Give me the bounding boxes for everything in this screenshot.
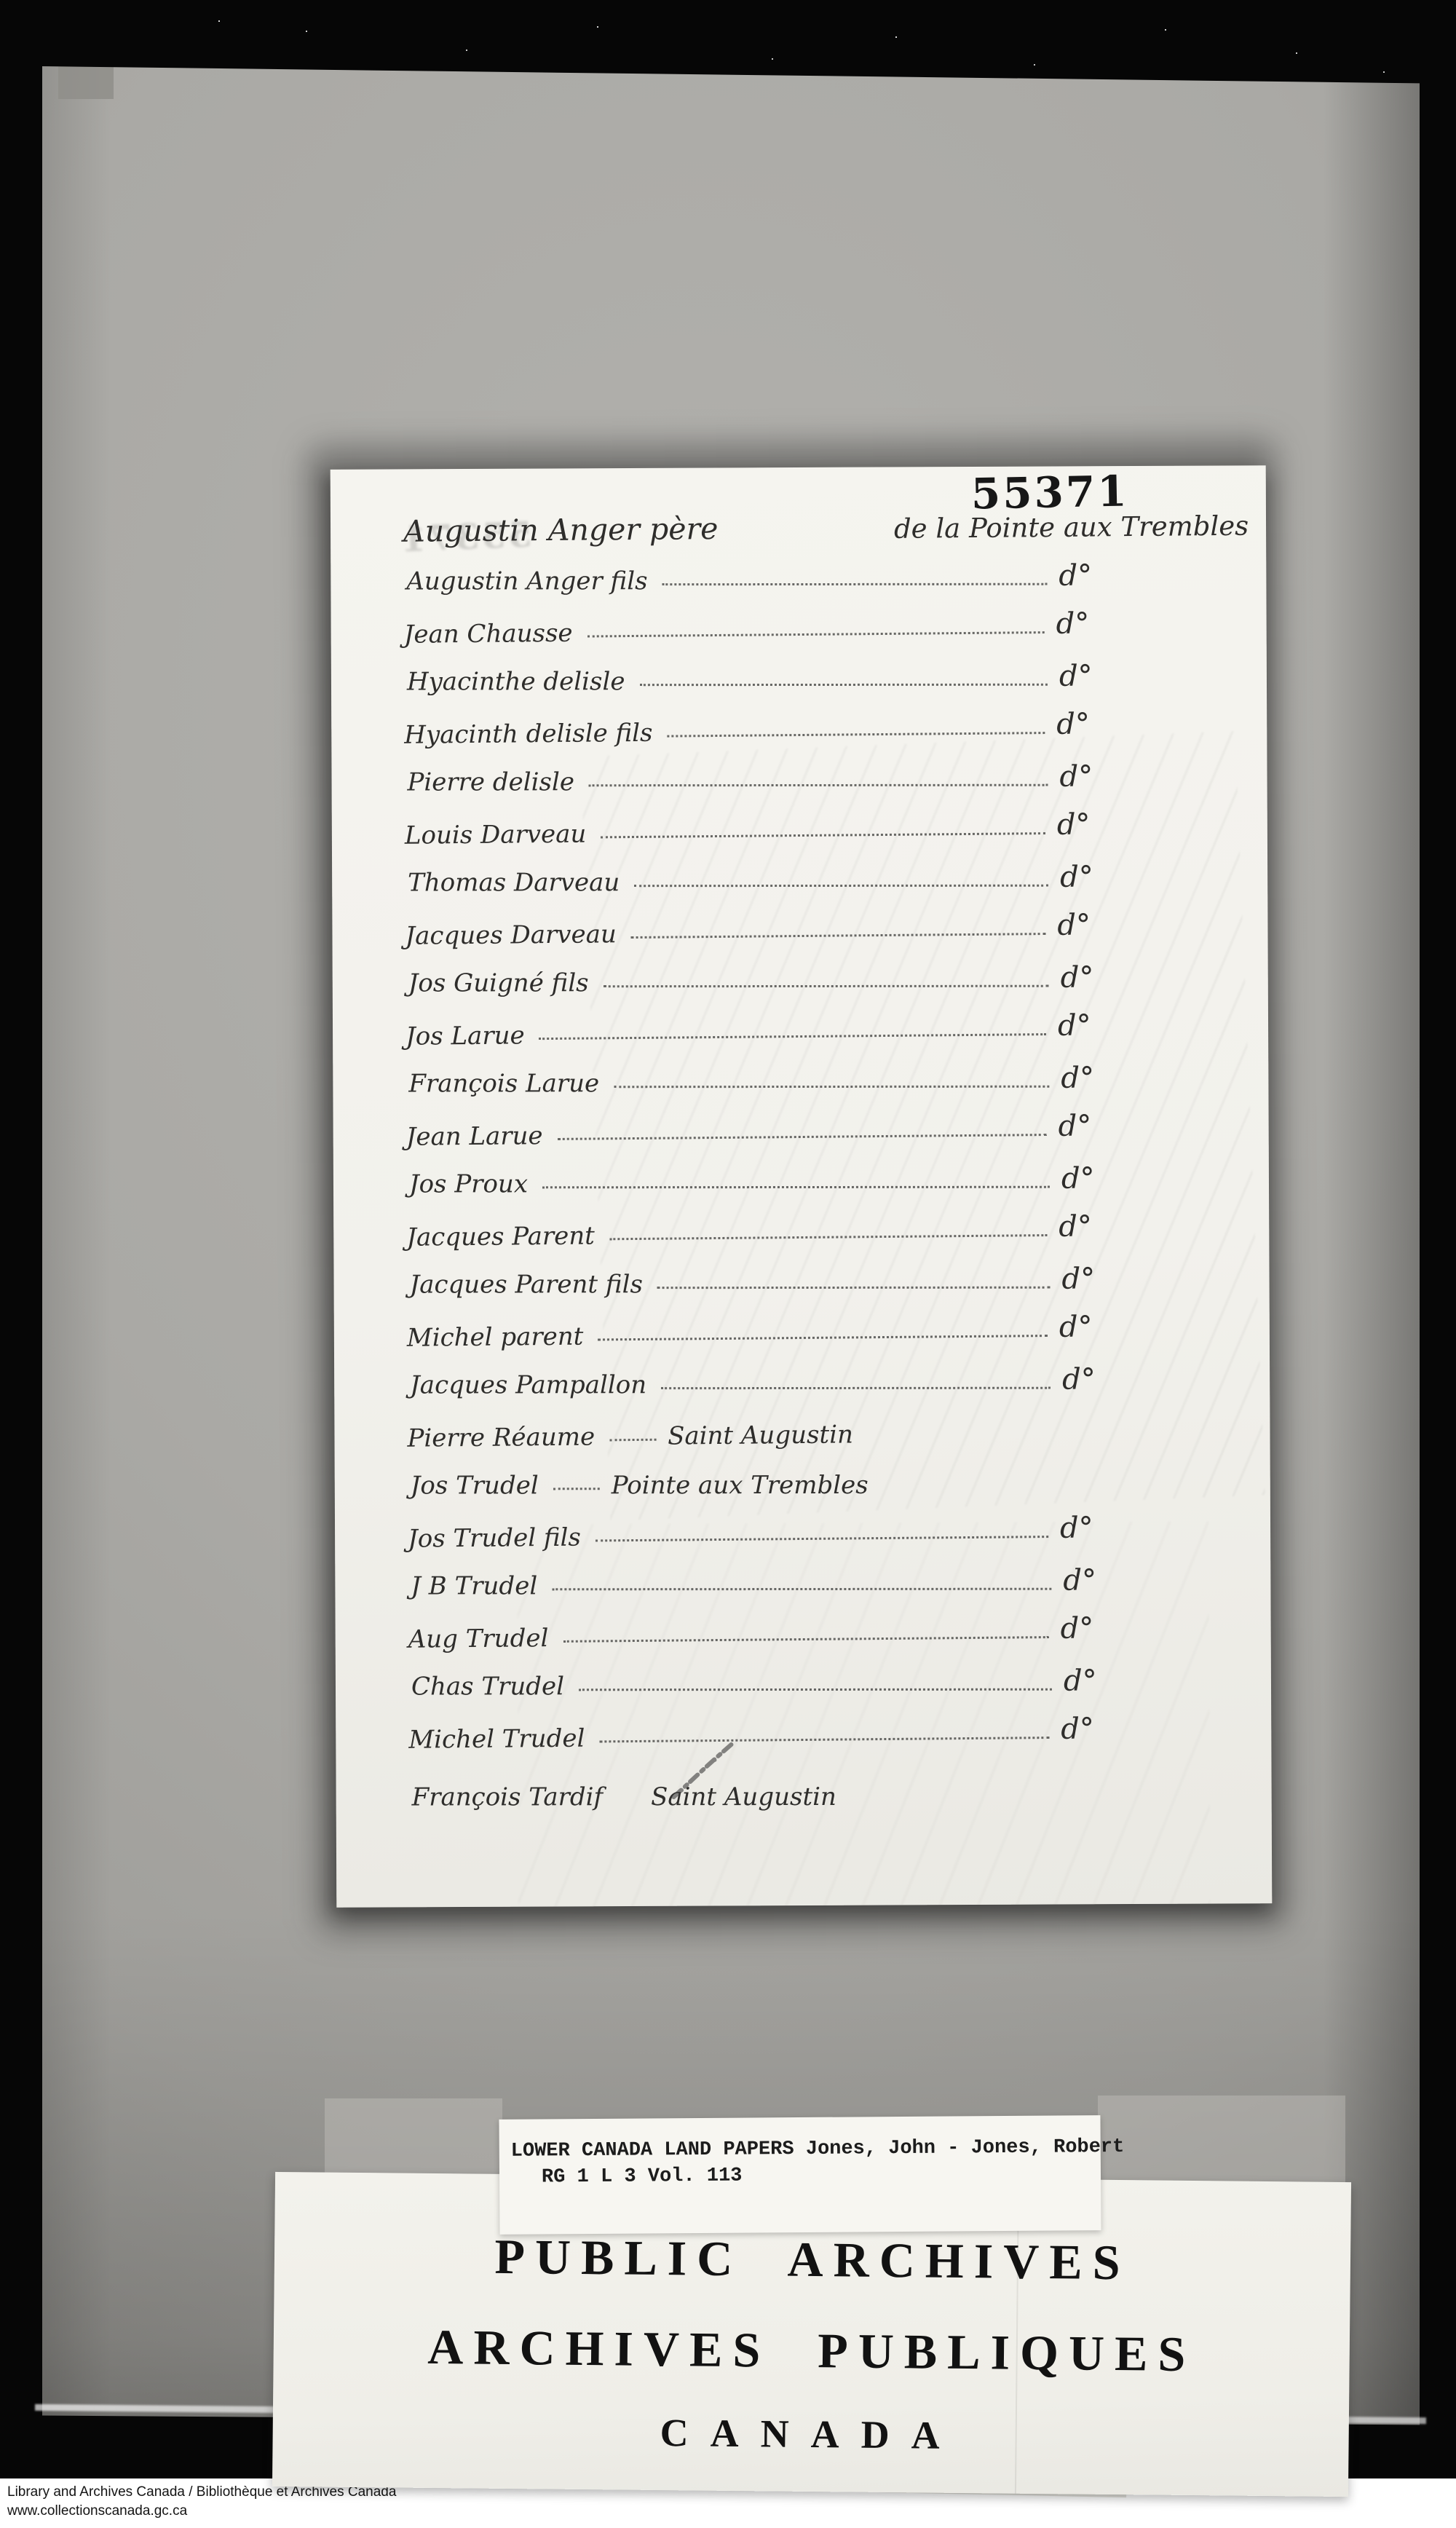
ink-smudge-mark <box>662 1731 756 1806</box>
register-entry-row: Jos Trudel filsd° <box>335 1499 1271 1557</box>
name-register-list: Augustin Anger pèrede la Pointe aux Trem… <box>331 484 1272 1817</box>
dotted-leader <box>661 1387 1051 1389</box>
entry-name: Hyacinthe delisle <box>407 669 625 694</box>
entry-name: François Larue <box>408 1071 599 1096</box>
register-entry-row: Hyacinth delisle filsd° <box>331 695 1267 754</box>
ditto-mark: d° <box>1058 1111 1112 1141</box>
ditto-mark: d° <box>1062 1365 1116 1394</box>
handwritten-document-page: 55371 Augustin Anger pèrede la Pointe au… <box>331 465 1273 1908</box>
dotted-leader <box>539 1033 1047 1040</box>
dotted-leader <box>668 732 1045 738</box>
ditto-mark: d° <box>1060 762 1114 791</box>
entry-name: Jos Guigné fils <box>408 971 589 995</box>
dotted-leader <box>657 1287 1051 1289</box>
photographed-grey-sheet: 55371 Augustin Anger pèrede la Pointe au… <box>42 66 1420 2430</box>
register-entry-row: Jacques Darveaud° <box>332 896 1268 955</box>
register-entry-row: J B Trudeld° <box>338 1553 1272 1604</box>
dotted-leader <box>589 784 1048 787</box>
entry-name: Jos Larue <box>405 1023 525 1048</box>
entry-name: Hyacinth delisle fils <box>404 721 652 748</box>
dotted-leader <box>662 583 1048 585</box>
ditto-mark: d° <box>1056 609 1109 639</box>
entry-name: Thomas Darveau <box>408 870 620 895</box>
footer-website-url: www.collectionscanada.gc.ca <box>7 2503 187 2519</box>
ditto-mark: d° <box>1061 1714 1115 1744</box>
card-title-english: PUBLIC ARCHIVES <box>274 2226 1351 2294</box>
dotted-leader <box>558 1134 1047 1140</box>
entry-name: Louis Darveau <box>405 822 587 848</box>
dotted-leader <box>579 1688 1052 1691</box>
ditto-mark: d° <box>1060 863 1114 892</box>
register-entry-row: Pierre delisled° <box>335 749 1270 800</box>
dotted-leader <box>639 684 1047 686</box>
register-entry-row: Jos Guigné filsd° <box>336 950 1271 1001</box>
ditto-mark: d° <box>1060 1613 1114 1643</box>
ditto-mark: d° <box>1061 1064 1115 1093</box>
dotted-leader <box>609 1234 1047 1240</box>
ditto-mark: d° <box>1056 709 1110 739</box>
card-title-canada: CANADA <box>272 2406 1349 2462</box>
entry-name: Augustin Anger père <box>403 514 719 547</box>
ditto-mark: d° <box>1062 1265 1116 1294</box>
dotted-leader <box>542 1186 1050 1189</box>
register-entry-row: Jean Larued° <box>333 1097 1269 1156</box>
dotted-leader <box>563 1636 1048 1643</box>
register-entry-row: François TardifSaint Augustin <box>339 1764 1273 1815</box>
entry-name: Pierre Réaume <box>407 1424 595 1450</box>
dotted-leader <box>609 1439 656 1442</box>
entry-name: Augustin Anger fils <box>406 569 647 593</box>
photo-paper-top-edge <box>42 64 1420 86</box>
entry-name: Michel Trudel <box>408 1726 585 1753</box>
register-entry-row: François Larued° <box>336 1051 1271 1102</box>
entry-name: J B Trudel <box>411 1573 537 1598</box>
reference-volume-line: RG 1 L 3 Vol. 113 <box>499 2160 1101 2191</box>
register-entry-row: Aug Trudeld° <box>335 1600 1271 1658</box>
entry-name: Aug Trudel <box>408 1626 549 1652</box>
entry-name: Jos Proux <box>409 1172 528 1196</box>
register-entry-row: Hyacinthe delisled° <box>334 649 1270 700</box>
register-entry-row: Thomas Darveaud° <box>335 850 1270 901</box>
register-entry-row: Augustin Anger filsd° <box>333 548 1269 599</box>
dotted-leader <box>614 1086 1049 1089</box>
register-entry-row: Jean Chaussed° <box>331 595 1267 653</box>
register-entry-row: Jacques Parent filsd° <box>337 1252 1273 1303</box>
ditto-mark: d° <box>1059 1212 1112 1241</box>
film-dust-specks <box>218 20 220 22</box>
entry-name: Jos Trudel <box>411 1473 539 1498</box>
dotted-leader <box>553 1488 600 1490</box>
entry-place: Saint Augustin <box>668 1422 853 1448</box>
dotted-leader <box>552 1588 1051 1591</box>
register-entry-row: Michel parentd° <box>334 1298 1270 1356</box>
entry-name: Michel parent <box>407 1324 584 1351</box>
archival-scan-page: { "photo": { "stamp_number": "55371", "g… <box>0 0 1456 2528</box>
entry-name: Chas Trudel <box>411 1674 564 1699</box>
reference-collection-line: LOWER CANADA LAND PAPERS Jones, John - J… <box>499 2115 1100 2165</box>
dotted-leader <box>601 832 1045 838</box>
entry-place: Pointe aux Trembles <box>612 1473 869 1498</box>
corner-patch <box>58 66 114 99</box>
register-entry-row: Jos Larued° <box>333 997 1269 1055</box>
entry-name: Jos Trudel fils <box>408 1525 581 1552</box>
ditto-mark: d° <box>1057 810 1111 840</box>
entry-name: Pierre delisle <box>408 770 574 794</box>
register-entry-row: Pierre RéaumeSaint Augustin <box>334 1399 1270 1457</box>
register-entry-row: Jos TrudelPointe aux Trembles <box>338 1453 1273 1504</box>
ditto-mark: d° <box>1059 662 1113 691</box>
entry-name: François Tardif <box>412 1785 603 1809</box>
archive-stamp-number: 55371 <box>970 467 1129 519</box>
ditto-mark: d° <box>1064 1667 1117 1696</box>
typed-reference-label: LOWER CANADA LAND PAPERS Jones, John - J… <box>499 2115 1101 2235</box>
entry-name: Jacques Parent <box>406 1223 595 1249</box>
dotted-leader <box>604 985 1049 988</box>
entry-spacer <box>719 542 895 544</box>
register-entry-row: Chas Trudeld° <box>339 1654 1272 1705</box>
register-entry-row: Jacques Parentd° <box>333 1198 1270 1256</box>
entry-name: Jacques Parent fils <box>410 1272 643 1297</box>
dotted-leader <box>631 933 1046 939</box>
entry-name: Jean Chausse <box>404 621 573 647</box>
ditto-mark: d° <box>1059 561 1112 590</box>
card-title-french: ARCHIVES PUBLIQUES <box>273 2317 1350 2385</box>
ditto-mark: d° <box>1061 1164 1115 1193</box>
register-entry-row: Jos Prouxd° <box>336 1151 1272 1202</box>
ditto-mark: d° <box>1059 1312 1113 1342</box>
ditto-mark: d° <box>1063 1566 1117 1595</box>
dotted-leader <box>634 885 1048 887</box>
dotted-leader <box>598 1335 1048 1340</box>
ditto-mark: d° <box>1058 1011 1112 1040</box>
ditto-mark: d° <box>1061 963 1115 992</box>
entry-name: Jacques Darveau <box>405 922 617 949</box>
ditto-mark: d° <box>1057 910 1111 940</box>
dotted-leader <box>587 631 1045 637</box>
dotted-leader <box>596 1536 1048 1541</box>
entry-name: Jean Larue <box>406 1123 543 1150</box>
register-entry-row: Jacques Pampallond° <box>337 1352 1272 1403</box>
entry-name: Jacques Pampallon <box>410 1372 646 1397</box>
register-entry-row: Louis Darveaud° <box>332 796 1268 854</box>
register-entry-row: Michel Trudeld° <box>336 1700 1272 1758</box>
ditto-mark: d° <box>1060 1513 1114 1543</box>
